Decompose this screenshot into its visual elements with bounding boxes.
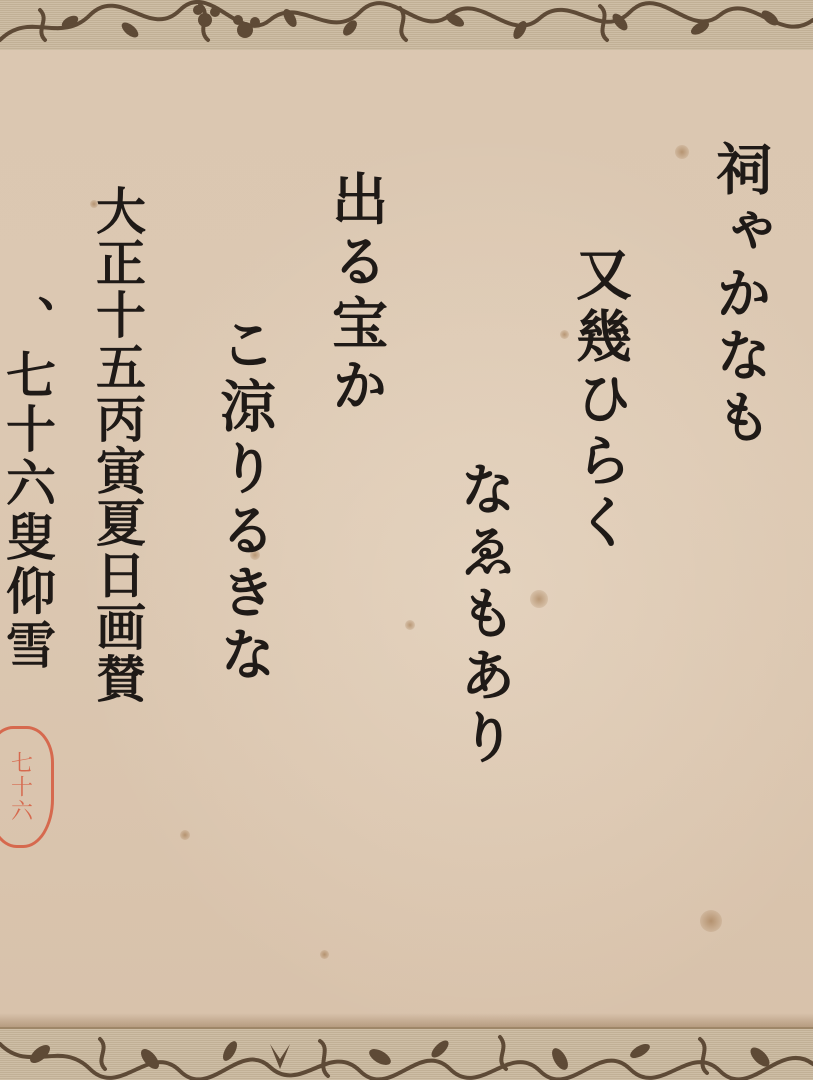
poem-column-5: こ涼りるきな <box>216 315 272 687</box>
poem-column-3: なゑもあり <box>456 460 512 770</box>
floral-pattern-icon <box>0 0 813 50</box>
brocade-border-bottom <box>0 1027 813 1080</box>
signature: 、七十六叟仰雪 <box>2 295 52 673</box>
poem-column-2: 又幾ひらく <box>572 245 628 555</box>
floral-pattern-icon <box>0 1029 813 1080</box>
seal-text: 七十六 <box>5 751 36 823</box>
poem-column-4: 出る宝か <box>328 170 384 418</box>
brocade-border-top <box>0 0 813 52</box>
date-inscription: 大正十五丙寅夏日画賛 <box>92 185 142 705</box>
poem-column-1: 祠ゃかなも <box>712 140 768 450</box>
artist-seal: 七十六 <box>0 726 54 848</box>
